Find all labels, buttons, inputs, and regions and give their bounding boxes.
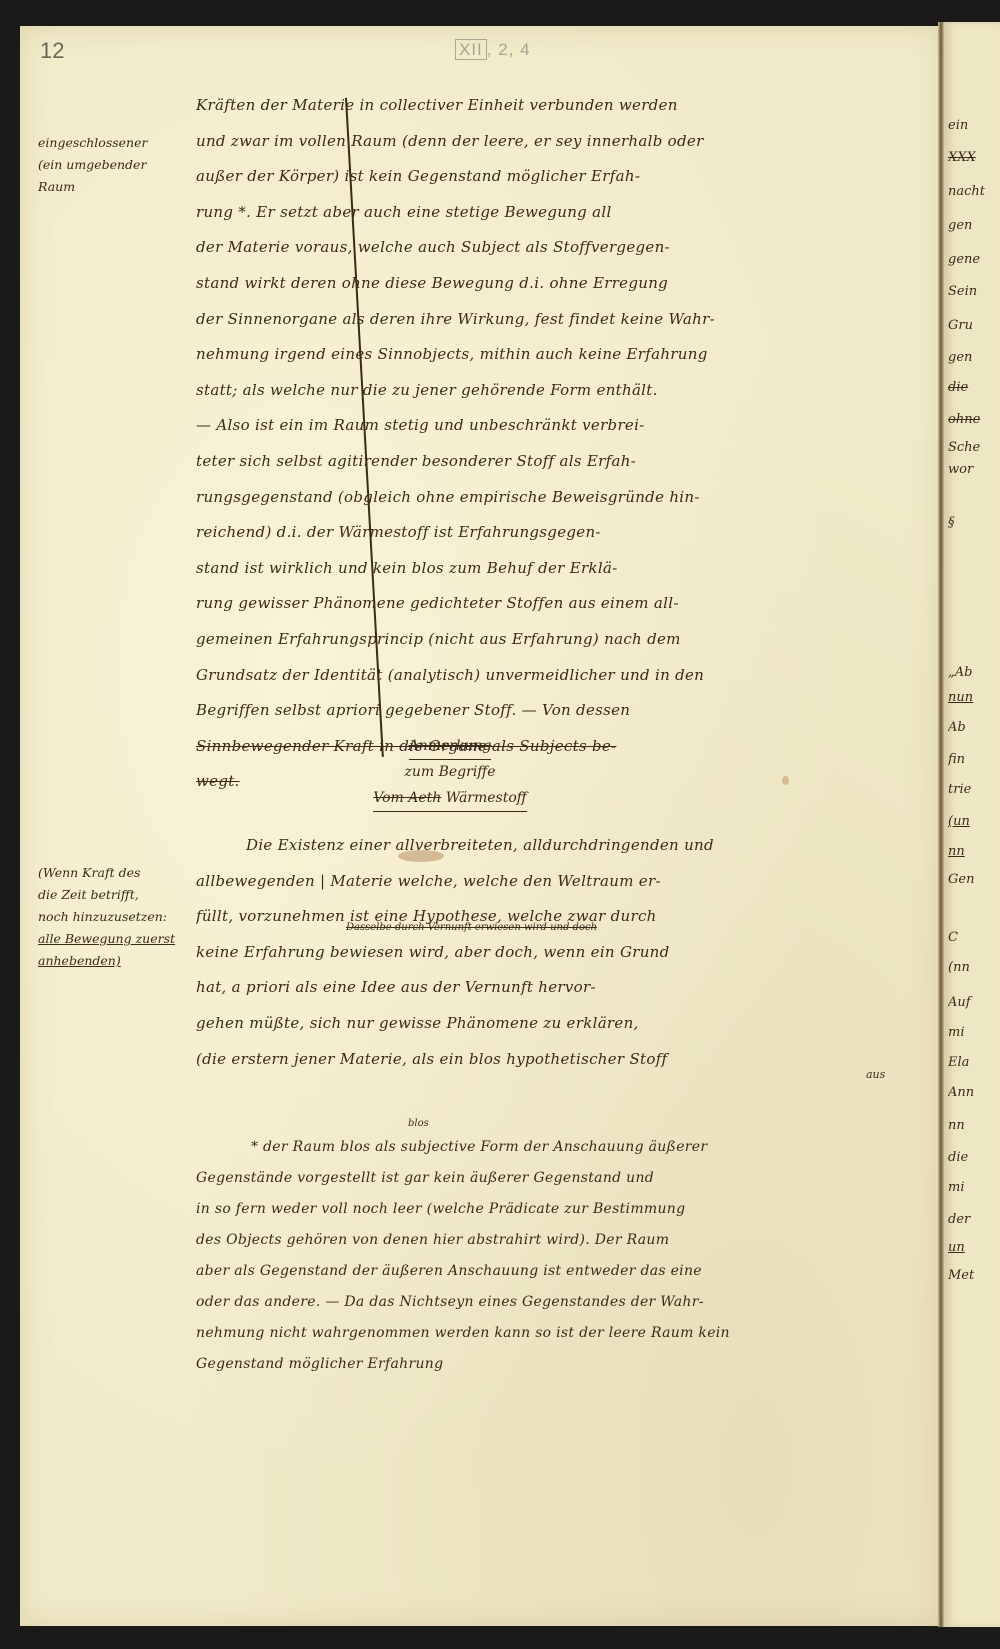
facing-fragment: die bbox=[948, 380, 1000, 395]
footnote-line: * der Raum blos als subjective Form der … bbox=[196, 1132, 856, 1163]
footnote-line: oder das andere. — Da das Nichtseyn eine… bbox=[196, 1287, 856, 1318]
text-line: und zwar im vollen Raum (denn der leere,… bbox=[196, 124, 896, 160]
margin-note-line: (ein umgebender bbox=[38, 154, 188, 176]
text-line: (die erstern jener Materie, als ein blos… bbox=[196, 1042, 896, 1078]
facing-fragment: Sche bbox=[948, 440, 1000, 455]
margin-note-line: Raum bbox=[38, 176, 188, 198]
text-line: Die Existenz einer allverbreiteten, alld… bbox=[196, 828, 896, 864]
facing-fragment: Ann bbox=[948, 1085, 1000, 1100]
facing-fragment: „Ab bbox=[948, 665, 1000, 680]
text-line: teter sich selbst agitirender besonderer… bbox=[196, 444, 896, 480]
facing-fragment: trie bbox=[948, 782, 1000, 797]
facing-fragment: Auf bbox=[948, 995, 1000, 1010]
shelfmark-rest: , 2, 4 bbox=[487, 40, 531, 59]
footnote-line: nehmung nicht wahrgenommen werden kann s… bbox=[196, 1318, 856, 1349]
facing-fragment: nacht bbox=[948, 184, 1000, 199]
margin-note-top: eingeschlossener (ein umgebender Raum bbox=[38, 132, 188, 198]
facing-fragment: wor bbox=[948, 462, 1000, 477]
facing-fragment: gen bbox=[948, 218, 1000, 233]
section-body: Die Existenz einer allverbreiteten, alld… bbox=[196, 828, 896, 1077]
margin-note-line: (Wenn Kraft des bbox=[38, 862, 198, 884]
text-line: keine Erfahrung bewiesen wird, aber doch… bbox=[196, 935, 896, 971]
text-line: der Materie voraus, welche auch Subject … bbox=[196, 230, 896, 266]
heading-struck-word: Vom Aeth bbox=[373, 790, 441, 806]
facing-fragment: mi bbox=[948, 1025, 1000, 1040]
facing-fragment: gene bbox=[948, 252, 1000, 267]
margin-note-line: noch hinzuzusetzen: bbox=[38, 906, 198, 928]
facing-fragment: mi bbox=[948, 1180, 1000, 1195]
footnote-line: in so fern weder voll noch leer (welche … bbox=[196, 1194, 856, 1225]
section-heading: Anmerkung zum Begriffe Vom Aeth Wärmesto… bbox=[310, 733, 590, 811]
text-line: reichend) d.i. der Wärmestoff ist Erfahr… bbox=[196, 515, 896, 551]
right-suffix: aus bbox=[866, 1068, 885, 1081]
text-line: nehmung irgend eines Sinnobjects, mithin… bbox=[196, 337, 896, 373]
facing-fragment: Gen bbox=[948, 872, 1000, 887]
heading-word: Begriffe bbox=[439, 764, 496, 780]
text-line: Kräften der Materie in collectiver Einhe… bbox=[196, 88, 896, 124]
text-line: der Sinnenorgane als deren ihre Wirkung,… bbox=[196, 302, 896, 338]
text-line: rung gewisser Phänomene gedichteter Stof… bbox=[196, 586, 896, 622]
heading-struck-word: Anmerkung bbox=[409, 733, 492, 760]
text-line: außer der Körper) ist kein Gegenstand mö… bbox=[196, 159, 896, 195]
facing-fragment: nn bbox=[948, 844, 1000, 859]
text-line: — Also ist ein im Raum stetig und unbesc… bbox=[196, 408, 896, 444]
footnote-line: des Objects gehören von denen hier abstr… bbox=[196, 1225, 856, 1256]
facing-fragment: die bbox=[948, 1150, 1000, 1165]
facing-fragment: Met bbox=[948, 1268, 1000, 1283]
shelfmark-volume: XII bbox=[455, 39, 487, 60]
text-line: allbewegenden | Materie welche, welche d… bbox=[196, 864, 896, 900]
facing-fragment: XXX bbox=[948, 150, 1000, 165]
facing-fragment: § bbox=[948, 515, 1000, 530]
footnote-line: aber als Gegenstand der äußeren Anschauu… bbox=[196, 1256, 856, 1287]
facing-fragment: C bbox=[948, 930, 1000, 945]
shelfmark: XII, 2, 4 bbox=[455, 40, 531, 60]
text-line: rungsgegenstand (obgleich ohne empirisch… bbox=[196, 480, 896, 516]
facing-fragment: Gru bbox=[948, 318, 1000, 333]
text-line: hat, a priori als eine Idee aus der Vern… bbox=[196, 970, 896, 1006]
facing-fragment: (nn bbox=[948, 960, 1000, 975]
text-line: stand wirkt deren ohne diese Bewegung d.… bbox=[196, 266, 896, 302]
facing-fragment: der bbox=[948, 1212, 1000, 1227]
margin-note-bottom: (Wenn Kraft des die Zeit betrifft, noch … bbox=[38, 862, 198, 972]
text-line: Grundsatz der Identität (analytisch) unv… bbox=[196, 658, 896, 694]
facing-fragment: fin bbox=[948, 752, 1000, 767]
margin-note-line: eingeschlossener bbox=[38, 132, 188, 154]
text-line: statt; als welche nur die zu jener gehör… bbox=[196, 373, 896, 409]
main-text: Kräften der Materie in collectiver Einhe… bbox=[196, 88, 896, 800]
facing-fragment: Ela bbox=[948, 1055, 1000, 1070]
text-line: gehen müßte, sich nur gewisse Phänomene … bbox=[196, 1006, 896, 1042]
margin-note-line: alle Bewegung zuerst bbox=[38, 928, 198, 950]
margin-note-line: anhebenden) bbox=[38, 950, 198, 972]
facing-fragment: un bbox=[948, 1240, 1000, 1255]
footnote-interlinear: blos bbox=[408, 1118, 429, 1129]
folio-number: 12 bbox=[40, 38, 64, 64]
text-line: rung *. Er setzt aber auch eine stetige … bbox=[196, 195, 896, 231]
facing-fragment: nn bbox=[948, 1118, 1000, 1133]
margin-note-line: die Zeit betrifft, bbox=[38, 884, 198, 906]
text-line: stand ist wirklich und kein blos zum Beh… bbox=[196, 551, 896, 587]
facing-fragment: gen bbox=[948, 350, 1000, 365]
facing-fragment: Sein bbox=[948, 284, 1000, 299]
interlinear-insertion: Dasselbe durch Vernunft erwiesen wird un… bbox=[346, 922, 597, 933]
heading-prefix: zum bbox=[404, 764, 434, 780]
text-line: Begriffen selbst apriori gegebener Stoff… bbox=[196, 693, 896, 729]
heading-title: Wärmestoff bbox=[446, 790, 527, 806]
footnote-line: Gegenstand möglicher Erfahrung bbox=[196, 1349, 856, 1380]
footnote-line: Gegenstände vorgestellt ist gar kein äuß… bbox=[196, 1163, 856, 1194]
text-line: gemeinen Erfahrungsprincip (nicht aus Er… bbox=[196, 622, 896, 658]
footnote: blos * der Raum blos als subjective Form… bbox=[196, 1132, 856, 1380]
facing-fragment: ohne bbox=[948, 412, 1000, 427]
facing-fragment: (un bbox=[948, 814, 1000, 829]
facing-fragment: nun bbox=[948, 690, 1000, 705]
facing-fragment: ein bbox=[948, 118, 1000, 133]
facing-fragment: Ab bbox=[948, 720, 1000, 735]
